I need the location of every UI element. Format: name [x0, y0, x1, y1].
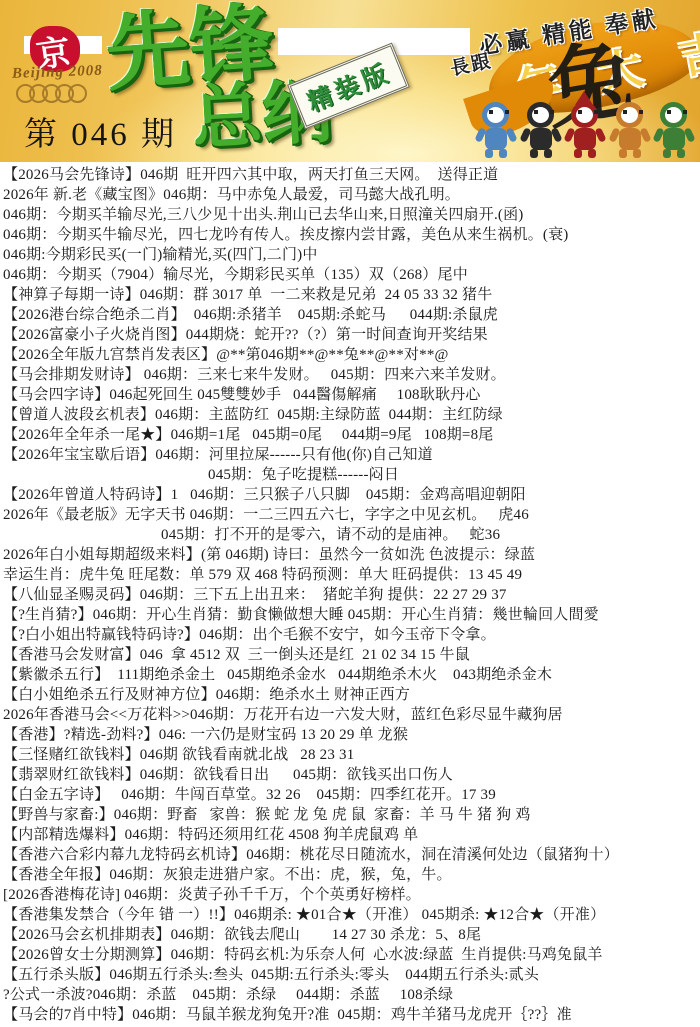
- text-line: 2026年香港马会<<万花料>>046期：万花开右边一六发大财，蓝红色彩尽显牛藏…: [3, 705, 700, 725]
- masthead: 年 大 吉 兔 必赢 精能 奉献 長跟 京 Beijing 2008 第 046…: [0, 0, 700, 162]
- deluxe-edition-badge: 精装版: [287, 43, 410, 130]
- text-line: 【2026马会玄机排期表】046期：欲钱去爬山 14 27 30 杀龙：5、8尾: [3, 925, 700, 945]
- mascot-nini: [656, 96, 692, 160]
- mascot-beibei: [478, 96, 514, 160]
- text-line: 【2026年宝宝歇后语】046期：河里拉屎------只有他(你)自己知道: [3, 445, 700, 465]
- text-line: 【野兽与家畜:】046期：野畜 家兽：猴 蛇 龙 兔 虎 鼠 家畜：羊 马 牛 …: [3, 805, 700, 825]
- issue-number: 第 046 期: [24, 108, 177, 155]
- text-line: 【马会排期发财诗】 046期：三来七来牛发财。 045期：四来六来羊发财。: [3, 365, 700, 385]
- text-line: 【翡翠财红欲钱料】046期：欲钱看日出 045期：欲钱买出口伤人: [3, 765, 700, 785]
- text-line: 【2026曾女士分期测算】046期：特码玄机:为乐奈人何 心水波:绿蓝 生肖提供…: [3, 945, 700, 965]
- text-line: 【?白小姐出特赢钱特码诗?】046期：出个毛猴不安宁，如今玉帝下令拿。: [3, 625, 700, 645]
- text-line: ?公式一杀波?046期：杀蓝 045期：杀绿 044期：杀蓝 108杀绿: [3, 985, 700, 1005]
- text-line: 045期：打不开的是零六，请不动的是庙神。 蛇36: [3, 525, 700, 545]
- text-line: 【?生肖猜?】046期：开心生肖猜：勤食懒做想大睡 045期：开心生肖猜：幾世輪…: [3, 605, 700, 625]
- mascot-jingjing: [523, 96, 559, 160]
- text-line: 【2026港台综合绝杀二肖】 046期:杀猪羊 045期:杀蛇马 044期:杀鼠…: [3, 305, 700, 325]
- badge-label: 精装版: [304, 60, 395, 118]
- text-line: 【曾道人波段玄机表】046期：主蓝防红 045期:主绿防蓝 044期：主红防绿: [3, 405, 700, 425]
- text-line: 【2026马会先锋诗】046期 旺开四六其中取，两天打鱼三天网。 送得正道: [3, 165, 700, 185]
- text-line: 046期：今期买（7904）输尽光，今期彩民买单（135）双（268）尾中: [3, 265, 700, 285]
- text-line: 【白金五字诗】 046期：牛闯百草堂。32 26 045期：四季红花开。17 3…: [3, 785, 700, 805]
- mascot-yingying: [612, 96, 648, 160]
- text-line: 【香港】?精选-劲料?】046: 一六仍是财宝码 13 20 29 单 龙猴: [3, 725, 700, 745]
- text-line: 幸运生肖：虎牛兔 旺尾数：单 579 双 468 特码预测：单大 旺码提供：13…: [3, 565, 700, 585]
- text-line: 2026年 新.老《藏宝图》046期：马中赤兔人最爱，司马懿大战孔明。: [3, 185, 700, 205]
- text-line: 【2026富豪小子火烧肖图】044期烧：蛇开??（?）第一时间查询开奖结果: [3, 325, 700, 345]
- text-line: 046期:今期彩民买(一门)输精光,买(四门,二门)中: [3, 245, 700, 265]
- text-line: 【香港集发禁合（今年 错 一）!!】046期杀: ★01合★（开准） 045期杀…: [3, 905, 700, 925]
- text-line: 2026年《最老版》无字天书 046期：一二三四五六七，字字之中见玄机。 虎46: [3, 505, 700, 525]
- text-line: [2026香港梅花诗] 046期：炎黄子孙千千万，个个英勇好榜样。: [3, 885, 700, 905]
- text-line: 【香港马会发财富】046 拿 4512 双 三一倒头还是红 21 02 34 1…: [3, 645, 700, 665]
- lottery-tip-sheet: 年 大 吉 兔 必赢 精能 奉献 長跟 京 Beijing 2008 第 046…: [0, 0, 700, 1027]
- text-line: 046期：今期买牛输尽光，四七龙吟有传人。挨皮擦内尝甘露，美色从来生祸机。(衰): [3, 225, 700, 245]
- mascot-huanhuan: [567, 96, 603, 160]
- tips-body: 【2026马会先锋诗】046期 旺开四六其中取，两天打鱼三天网。 送得正道202…: [0, 162, 700, 1027]
- text-line: 【马会四字诗】046起死回生 045雙雙妙手 044醫傷解痛 108耿耿丹心: [3, 385, 700, 405]
- text-line: 045期：兔子吃提糕------闷日: [3, 465, 700, 485]
- text-line: 【紫徽杀五行】 111期绝杀金土 045期绝杀金水 044期绝杀木火 043期绝…: [3, 665, 700, 685]
- text-line: 046期：今期买羊输尽光,三八少见十出头.荆山已去华山来,日照潼关四扇开.(函): [3, 205, 700, 225]
- text-line: 【神算子每期一诗】046期：群 3017 单 一二来救是兄弟 24 05 33 …: [3, 285, 700, 305]
- text-line: 【香港全年报】046期：灰狼走进猎户家。不出：虎，猴，兔，牛。: [3, 865, 700, 885]
- text-line: 【五行杀头版】046期五行杀头:叁头 045期:五行杀头:零头 044期五行杀头…: [3, 965, 700, 985]
- text-line: 【2026全年版九宫禁肖发表区】@**第046期**@**兔**@**对**@: [3, 345, 700, 365]
- text-line: 【八仙显圣赐灵码】046期：三下五上出丑来： 猪蛇羊狗 提供：22 27 29 …: [3, 585, 700, 605]
- text-line: 【三怪赌红欲钱料】046期 欲钱看南就北战 28 23 31: [3, 745, 700, 765]
- text-line: 2026年白小姐每期超级来料】(第 046期) 诗曰：虽然今一贫如洗 色波提示：…: [3, 545, 700, 565]
- fuwa-mascots: [478, 96, 692, 160]
- olympic-rings-icon: [16, 84, 81, 108]
- beijing-2008-caption: Beijing 2008: [12, 62, 123, 83]
- text-line: 【白小姐绝杀五行及财神方位】046期：绝杀水土 财神正西方: [3, 685, 700, 705]
- text-line: 【内部精选爆料】046期：特码还须用红花 4508 狗羊虎鼠鸡 单: [3, 825, 700, 845]
- text-line: 【马会的7肖中特】046期：马鼠羊猴龙狗兔开?准 045期：鸡牛羊猪马龙虎开｛?…: [3, 1005, 700, 1025]
- text-line: 【2026年全年杀一尾★】046期=1尾 045期=0尾 044期=9尾 108…: [3, 425, 700, 445]
- text-line: 【2026年曾道人特码诗】1 046期：三只猴子八只脚 045期：金鸡高唱迎朝阳: [3, 485, 700, 505]
- text-line: 【香港六合彩内幕九龙特码玄机诗】046期：桃花尽日随流水，洞在清溪何处边（鼠猪狗…: [3, 845, 700, 865]
